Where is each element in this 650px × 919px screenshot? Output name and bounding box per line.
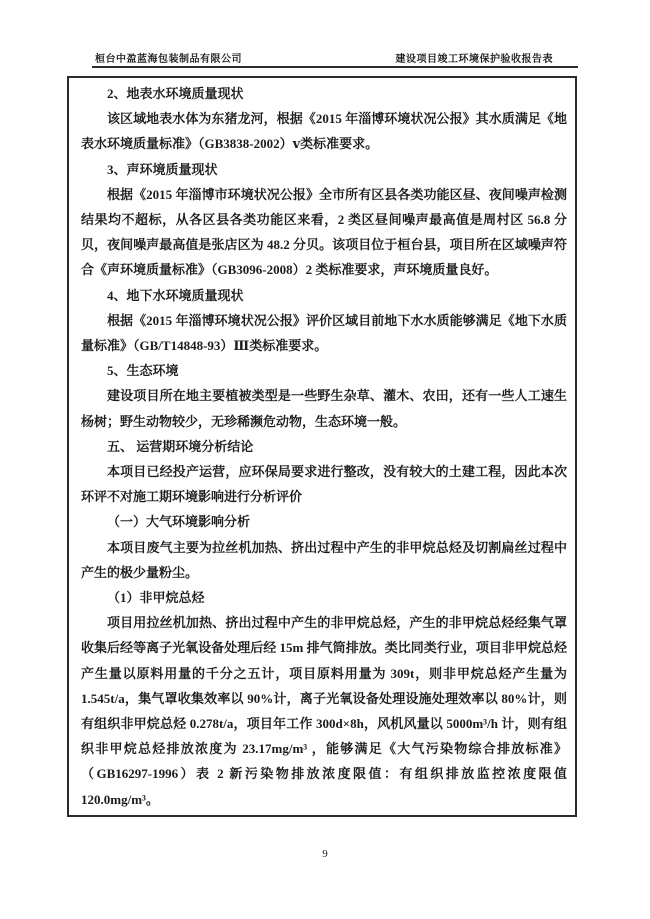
- header-divider: [92, 66, 578, 68]
- paragraph: 本项目已经投产运营，应环保局要求进行整改，没有较大的土建工程，因此本次环评不对施…: [81, 459, 567, 509]
- section-heading: 5、生态环境: [81, 358, 567, 383]
- paragraph: 项目用拉丝机加热、挤出过程中产生的非甲烷总烃，产生的非甲烷总烃经集气罩收集后经等…: [81, 610, 567, 812]
- header-doc-title: 建设项目竣工环境保护验收报告表: [396, 50, 554, 65]
- paragraph: 根据《2015 年淄博市环境状况公报》全市所有区县各类功能区昼、夜间噪声检测结果…: [81, 182, 567, 283]
- paragraph: 本项目废气主要为拉丝机加热、挤出过程中产生的非甲烷总烃及切割扁丝过程中产生的极少…: [81, 535, 567, 585]
- content-border-box: 2、地表水环境质量现状 该区域地表水体为东猪龙河，根据《2015 年淄博环境状况…: [67, 76, 577, 817]
- section-heading: 3、声环境质量现状: [81, 157, 567, 182]
- paragraph: 集气罩未收集废气以无组织形式排放，无组织非甲烷总烃排放量为 0.1545t/a，…: [81, 812, 567, 817]
- paragraph: 该区域地表水体为东猪龙河，根据《2015 年淄博环境状况公报》其水质满足《地表水…: [81, 106, 567, 156]
- section-heading: 五、 运营期环境分析结论: [81, 434, 567, 459]
- paragraph: 建设项目所在地主要植被类型是一些野生杂草、灌木、农田，还有一些人工速生杨树；野生…: [81, 383, 567, 433]
- paragraph: 根据《2015 年淄博环境状况公报》评价区域目前地下水水质能够满足《地下水质量标…: [81, 308, 567, 358]
- page-number: 9: [0, 848, 650, 860]
- section-heading: 2、地表水环境质量现状: [81, 81, 567, 106]
- section-heading: （一）大气环境影响分析: [81, 509, 567, 534]
- section-heading: （1）非甲烷总烃: [81, 585, 567, 610]
- header-company-name: 桓台中盈蓝海包装制品有限公司: [95, 50, 242, 65]
- section-heading: 4、地下水环境质量现状: [81, 283, 567, 308]
